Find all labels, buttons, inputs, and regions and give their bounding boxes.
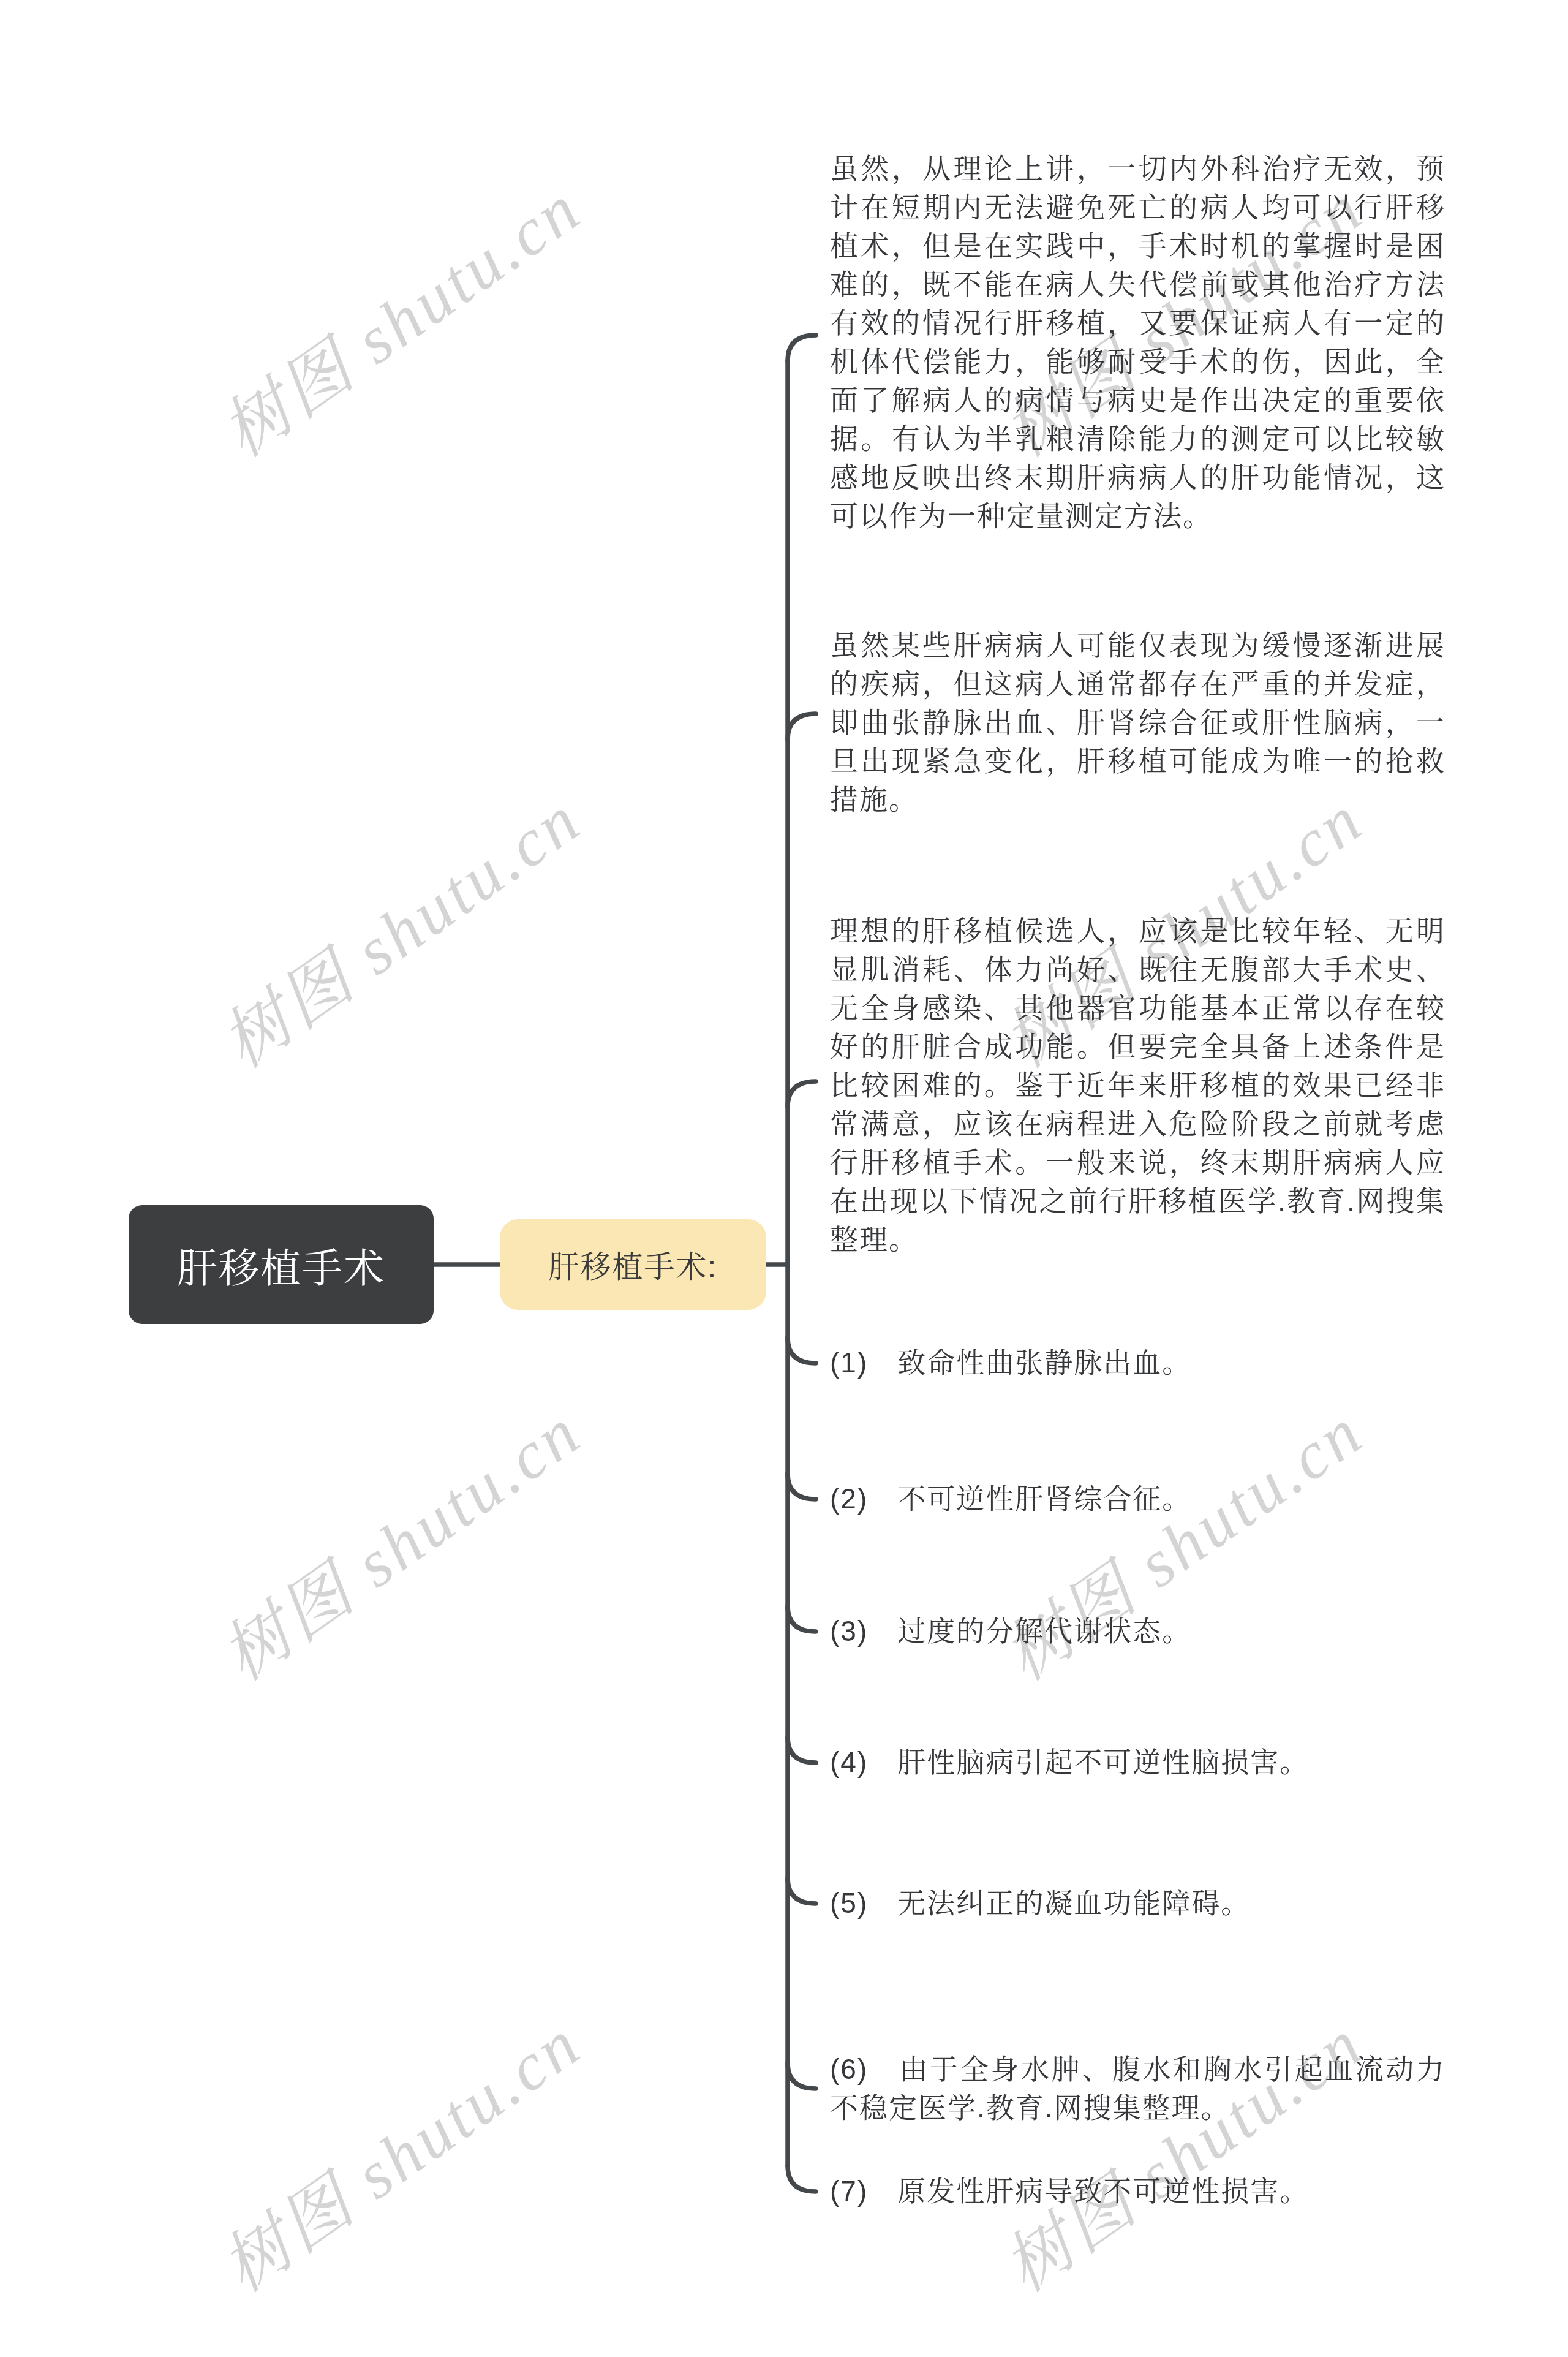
note-item-4[interactable]: (4) 肝性脑病引起不可逆性脑损害。 (830, 1743, 1445, 1782)
note-paragraph-1[interactable]: 虽然，从理论上讲，一切内外科治疗无效，预计在短期内无法避免死亡的病人均可以行肝移… (830, 149, 1445, 535)
note-paragraph-3[interactable]: 理想的肝移植候选人，应该是比较年轻、无明显肌消耗、体力尚好、既往无腹部大手术史、… (830, 912, 1445, 1259)
note-item-3[interactable]: (3) 过度的分解代谢状态。 (830, 1612, 1445, 1651)
connector-branch-paragraph-2 (788, 714, 816, 740)
connector-branch-item-3 (788, 1606, 816, 1632)
topic-node[interactable]: 肝移植手术: (500, 1219, 766, 1310)
note-item-1[interactable]: (1) 致命性曲张静脉出血。 (830, 1344, 1445, 1382)
connector-branch-item-5 (788, 1878, 816, 1904)
connector-branch-item-6 (788, 2063, 816, 2089)
note-item-2[interactable]: (2) 不可逆性肝肾综合征。 (830, 1480, 1445, 1518)
mindmap-canvas: 树图 shutu.cn 树图 shutu.cn 树图 shutu.cn 树图 s… (0, 0, 1568, 2357)
note-paragraph-2[interactable]: 虽然某些肝病病人可能仅表现为缓慢逐渐进展的疾病，但这病人通常都存在严重的并发症，… (830, 626, 1445, 819)
connector-branch-item-2 (788, 1474, 816, 1499)
connector-branch-item-1 (788, 1337, 816, 1363)
root-node-label: 肝移植手术 (177, 1236, 385, 1294)
note-item-7[interactable]: (7) 原发性肝病导致不可逆性损害。 (830, 2172, 1445, 2211)
connector-branch-paragraph-1 (788, 335, 816, 361)
note-item-6[interactable]: (6) 由于全身水肿、腹水和胸水引起血流动力不稳定医学.教育.网搜集整理。 (830, 2050, 1445, 2127)
connector-branch-paragraph-3 (788, 1081, 816, 1107)
topic-node-label: 肝移植手术: (549, 1243, 718, 1287)
note-item-5[interactable]: (5) 无法纠正的凝血功能障碍。 (830, 1884, 1445, 1923)
connector-branch-item-4 (788, 1737, 816, 1763)
connector-branch-item-7 (788, 2166, 816, 2192)
root-node[interactable]: 肝移植手术 (129, 1205, 434, 1324)
